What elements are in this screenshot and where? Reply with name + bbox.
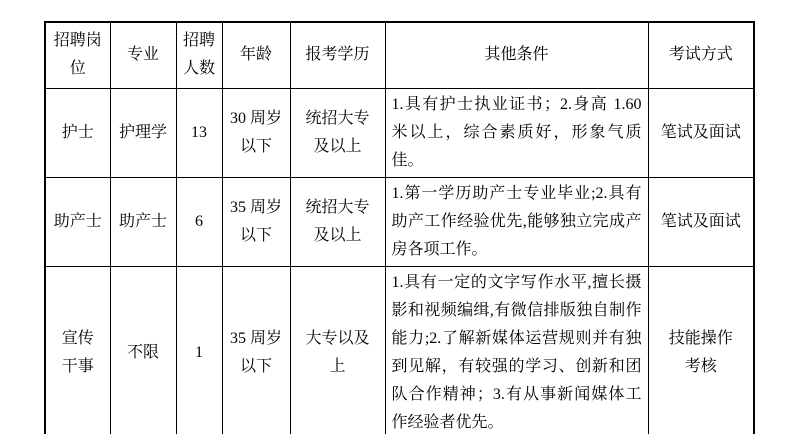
cell-exam: 技能操作 考核 bbox=[648, 266, 754, 434]
cell-education: 大专以及 上 bbox=[290, 266, 385, 434]
header-row: 招聘岗 位 专业 招聘 人数 年龄 报考学历 其他条件 考试方式 bbox=[45, 22, 754, 88]
cell-exam: 笔试及面试 bbox=[648, 88, 754, 177]
recruitment-table-container: 招聘岗 位 专业 招聘 人数 年龄 报考学历 其他条件 考试方式 护士 护理学 … bbox=[44, 21, 755, 434]
cell-conditions: 1.第一学历助产士专业毕业;2.具有助产工作经验优先,能够独立完成产房各项工作。 bbox=[385, 177, 648, 266]
cell-major: 护理学 bbox=[110, 88, 176, 177]
cell-exam: 笔试及面试 bbox=[648, 177, 754, 266]
header-cell-position: 招聘岗 位 bbox=[45, 22, 110, 88]
header-cell-major: 专业 bbox=[110, 22, 176, 88]
cell-age: 35 周岁 以下 bbox=[222, 177, 290, 266]
table-row: 宣传 干事 不限 1 35 周岁 以下 大专以及 上 1.具有一定的文字写作水平… bbox=[45, 266, 754, 434]
cell-major: 不限 bbox=[110, 266, 176, 434]
cell-conditions: 1.具有护士执业证书；2.身高 1.60 米以上，综合素质好，形象气质佳。 bbox=[385, 88, 648, 177]
cell-position: 助产士 bbox=[45, 177, 110, 266]
cell-education: 统招大专 及以上 bbox=[290, 177, 385, 266]
cell-conditions: 1.具有一定的文字写作水平,擅长摄影和视频编缉,有微信排版独自制作能力;2.了解… bbox=[385, 266, 648, 434]
cell-position: 护士 bbox=[45, 88, 110, 177]
table-row: 助产士 助产士 6 35 周岁 以下 统招大专 及以上 1.第一学历助产士专业毕… bbox=[45, 177, 754, 266]
cell-age: 35 周岁 以下 bbox=[222, 266, 290, 434]
cell-count: 6 bbox=[176, 177, 222, 266]
cell-count: 1 bbox=[176, 266, 222, 434]
header-cell-conditions: 其他条件 bbox=[385, 22, 648, 88]
cell-age: 30 周岁 以下 bbox=[222, 88, 290, 177]
cell-count: 13 bbox=[176, 88, 222, 177]
header-cell-education: 报考学历 bbox=[290, 22, 385, 88]
recruitment-table: 招聘岗 位 专业 招聘 人数 年龄 报考学历 其他条件 考试方式 护士 护理学 … bbox=[44, 21, 755, 434]
header-cell-exam: 考试方式 bbox=[648, 22, 754, 88]
cell-education: 统招大专 及以上 bbox=[290, 88, 385, 177]
cell-position: 宣传 干事 bbox=[45, 266, 110, 434]
header-cell-count: 招聘 人数 bbox=[176, 22, 222, 88]
cell-major: 助产士 bbox=[110, 177, 176, 266]
table-row: 护士 护理学 13 30 周岁 以下 统招大专 及以上 1.具有护士执业证书；2… bbox=[45, 88, 754, 177]
header-cell-age: 年龄 bbox=[222, 22, 290, 88]
